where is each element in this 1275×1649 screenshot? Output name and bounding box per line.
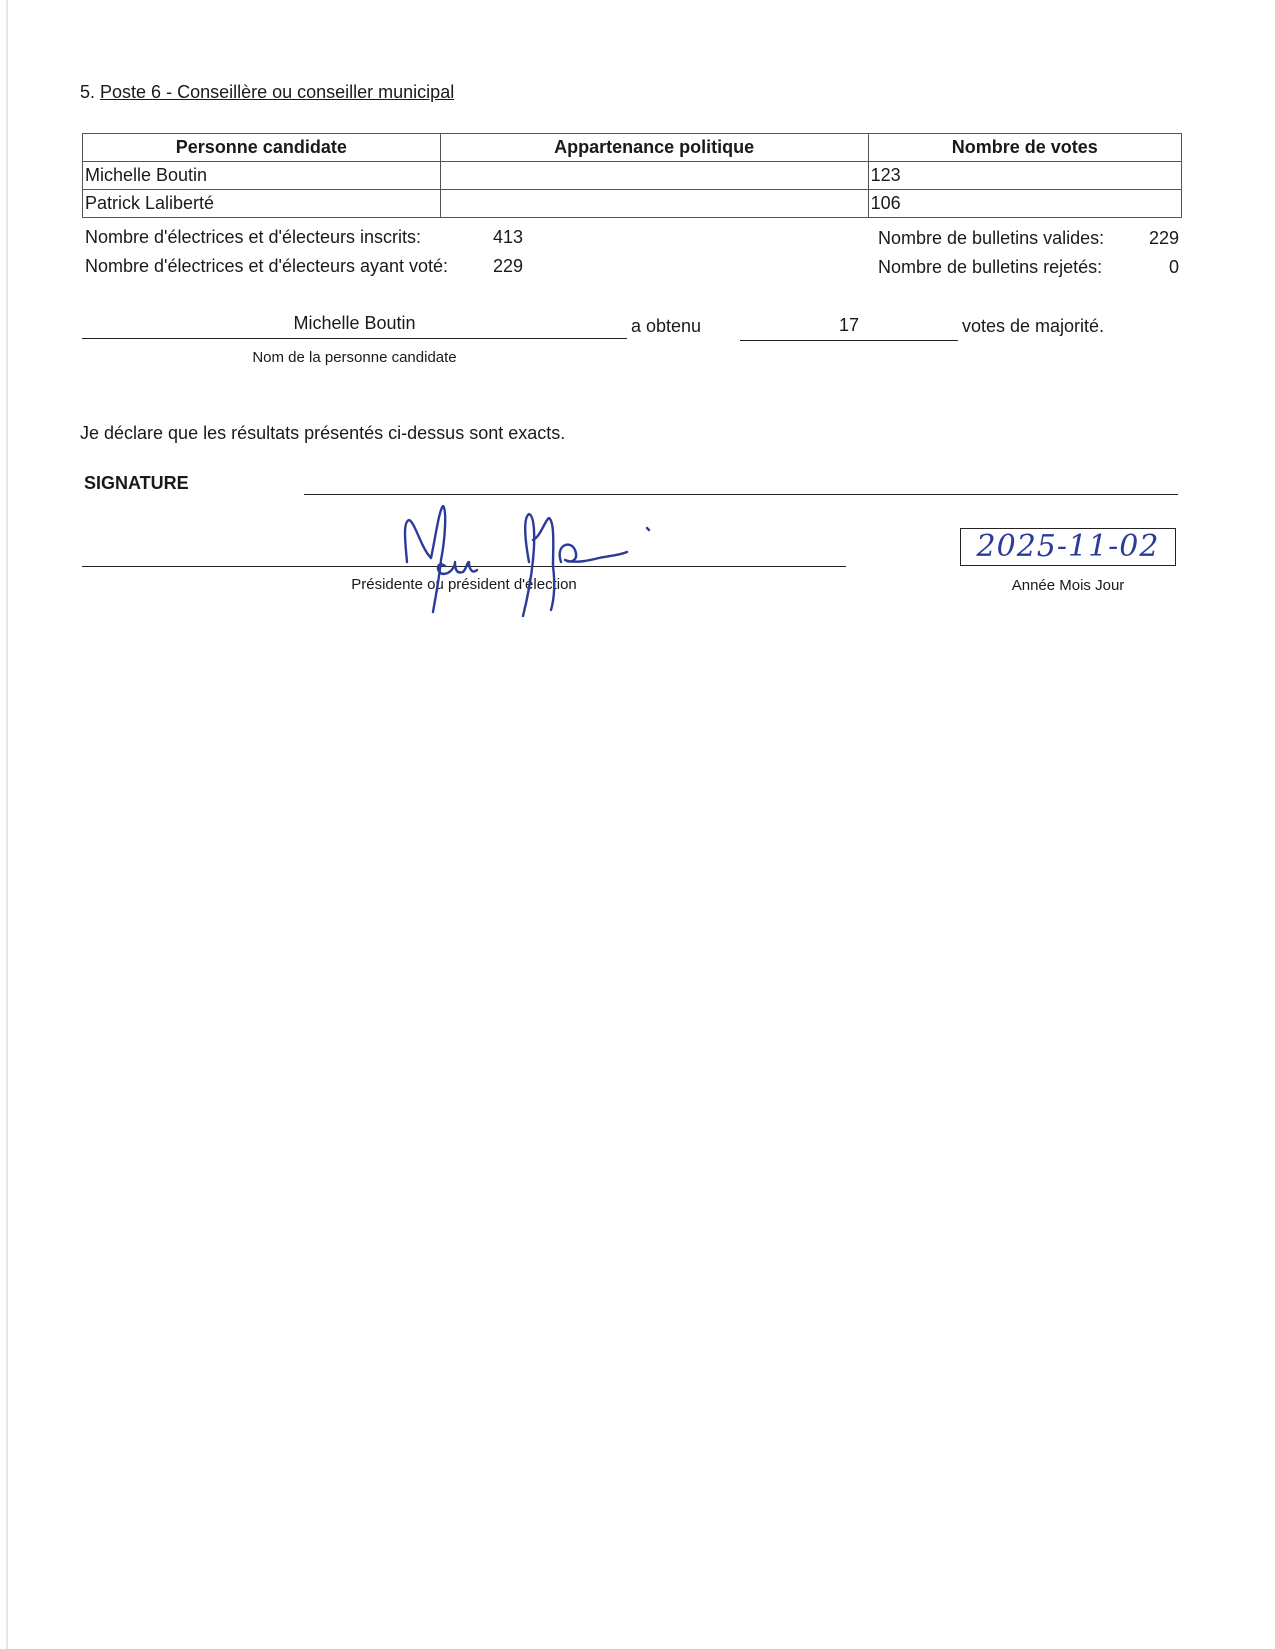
table-row: Michelle Boutin 123	[83, 162, 1182, 190]
obtained-label: a obtenu	[631, 316, 701, 337]
valid-ballots-label: Nombre de bulletins valides:	[878, 228, 1104, 249]
candidate-party	[440, 190, 868, 218]
rejected-ballots-label: Nombre de bulletins rejetés:	[878, 257, 1102, 278]
candidate-name: Michelle Boutin	[83, 162, 441, 190]
candidate-name: Patrick Laliberté	[83, 190, 441, 218]
section-title: Poste 6 - Conseillère ou conseiller muni…	[100, 82, 454, 102]
candidate-votes: 123	[868, 162, 1181, 190]
results-table: Personne candidate Appartenance politiqu…	[82, 133, 1182, 218]
signature-label: SIGNATURE	[84, 473, 189, 494]
header-candidate: Personne candidate	[83, 134, 441, 162]
registered-label: Nombre d'électrices et d'électeurs inscr…	[85, 227, 421, 248]
rejected-ballots-value: 0	[1169, 257, 1179, 278]
header-votes: Nombre de votes	[868, 134, 1181, 162]
majority-margin-line	[740, 340, 958, 341]
majority-margin: 17	[740, 315, 958, 336]
majority-suffix: votes de majorité.	[962, 316, 1104, 337]
voted-label: Nombre d'électrices et d'électeurs ayant…	[85, 256, 448, 277]
date-caption: Année Mois Jour	[960, 577, 1176, 594]
voted-value: 229	[493, 256, 523, 277]
table-header-row: Personne candidate Appartenance politiqu…	[83, 134, 1182, 162]
candidate-party	[440, 162, 868, 190]
winner-name: Michelle Boutin	[82, 313, 627, 334]
section-number: 5.	[80, 82, 95, 102]
winner-name-line	[82, 338, 627, 339]
signature-top-line	[304, 494, 1178, 495]
winner-name-caption: Nom de la personne candidate	[82, 349, 627, 366]
header-party: Appartenance politique	[440, 134, 868, 162]
declaration-text: Je déclare que les résultats présentés c…	[80, 423, 565, 444]
scan-edge	[6, 0, 8, 1649]
candidate-votes: 106	[868, 190, 1181, 218]
handwritten-signature	[395, 500, 685, 620]
table-row: Patrick Laliberté 106	[83, 190, 1182, 218]
valid-ballots-value: 229	[1149, 228, 1179, 249]
registered-value: 413	[493, 227, 523, 248]
date-field: 2025-11-02	[960, 528, 1176, 566]
section-heading: 5. Poste 6 - Conseillère ou conseiller m…	[80, 82, 454, 103]
